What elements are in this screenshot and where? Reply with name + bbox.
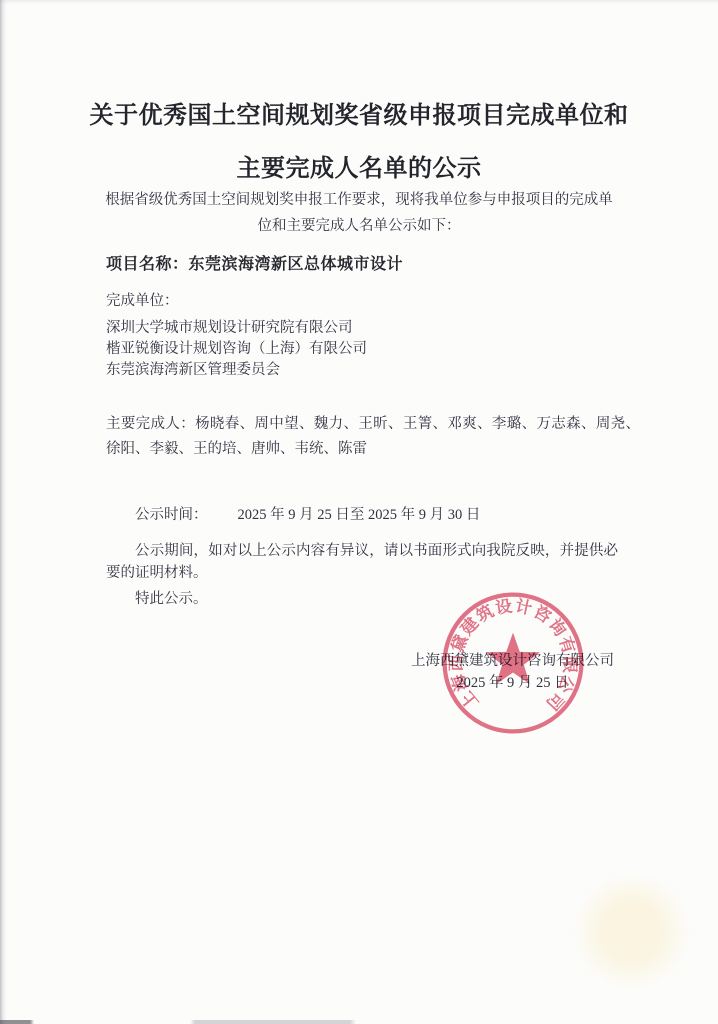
signature-date: 2025 年 9 月 25 日: [411, 672, 614, 694]
completing-unit-item: 楷亚锐衡设计规划咨询（上海）有限公司: [106, 339, 367, 360]
signature-block: 上海西黛建筑设计咨询有限公司 2025 年 9 月 25 日: [411, 650, 614, 694]
objection-paragraph: 公示期间，如对以上公示内容有异议，请以书面形式向我院反映，并提供必要的证明材料。: [106, 540, 618, 584]
publicity-period-label: 公示时间：: [135, 507, 208, 523]
notice-title-line1: 关于优秀国土空间规划奖省级申报项目完成单位和: [0, 90, 718, 143]
project-name-line: 项目名称：东莞滨海湾新区总体城市设计: [106, 251, 403, 274]
completing-unit-item: 东莞滨海湾新区管理委员会: [106, 360, 367, 381]
publicity-period-line: 公示时间：2025 年 9 月 25 日至 2025 年 9 月 30 日: [135, 503, 480, 524]
signature-company: 上海西黛建筑设计咨询有限公司: [411, 650, 614, 672]
completing-unit-item: 深圳大学城市规划设计研究院有限公司: [106, 318, 367, 339]
scanned-notice-page: 关于优秀国土空间规划奖省级申报项目完成单位和 主要完成人名单的公示 根据省级优秀…: [0, 0, 718, 1024]
main-contributors-label: 主要完成人：: [106, 416, 195, 432]
completing-units-list: 深圳大学城市规划设计研究院有限公司 楷亚锐衡设计规划咨询（上海）有限公司 东莞滨…: [106, 318, 367, 381]
project-name-label: 项目名称：: [106, 256, 189, 273]
intro-paragraph: 根据省级优秀国土空间规划奖申报工作要求，现将我单位参与申报项目的完成单位和主要完…: [101, 187, 617, 239]
publicity-period-value: 2025 年 9 月 25 日至 2025 年 9 月 30 日: [238, 507, 481, 523]
closing-line: 特此公示。: [135, 587, 208, 608]
main-contributors-paragraph: 主要完成人：杨晓春、周中望、魏力、王昕、王箐、邓爽、李璐、万志森、周尧、徐阳、李…: [106, 412, 640, 462]
scan-bottom-edge-shadow: [0, 1020, 718, 1024]
notice-title: 关于优秀国土空间规划奖省级申报项目完成单位和 主要完成人名单的公示: [0, 90, 718, 196]
project-name-value: 东莞滨海湾新区总体城市设计: [189, 256, 404, 273]
completing-units-label: 完成单位：: [106, 289, 179, 310]
